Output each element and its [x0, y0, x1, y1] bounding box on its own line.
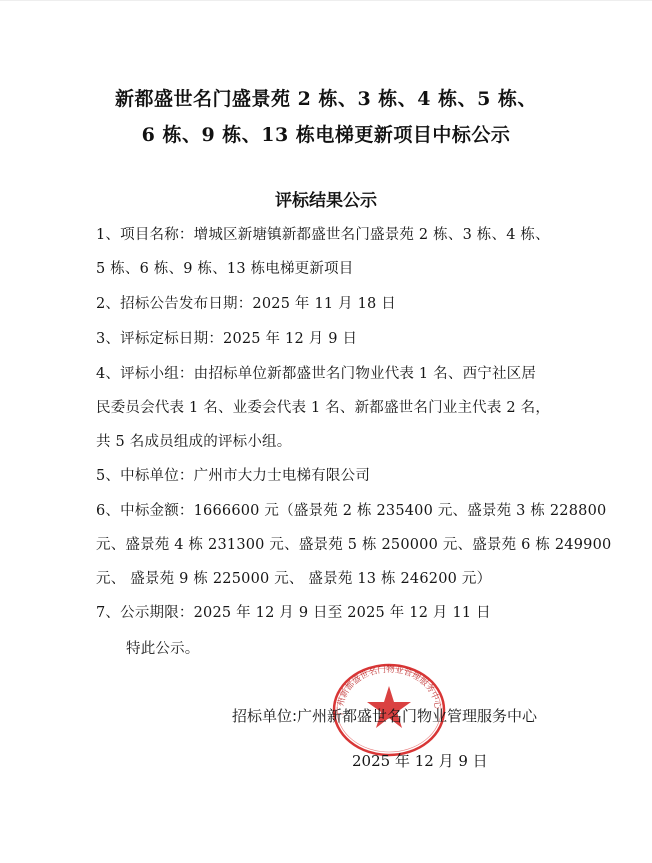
section-heading: 评标结果公示 — [0, 186, 652, 211]
item-5-line: 5、中标单位：广州市大力士电梯有限公司 — [96, 464, 370, 485]
item-4-line-2: 民委员会代表 1 名、业委会代表 1 名、新都盛世名门业主代表 2 名， — [96, 396, 550, 417]
item-4-line-1: 4、评标小组：由招标单位新都盛世名门物业代表 1 名、西宁社区居 — [96, 362, 536, 383]
document-title-line-2: 6 栋、9 栋、13 栋电梯更新项目中标公示 — [0, 120, 652, 147]
closing-text: 特此公示。 — [126, 637, 200, 658]
item-3-line: 3、评标定标日期：2025 年 12 月 9 日 — [96, 327, 357, 348]
item-4-line-3: 共 5 名成员组成的评标小组。 — [96, 430, 291, 451]
item-2-line: 2、招标公告发布日期：2025 年 11 月 18 日 — [96, 292, 396, 313]
page-edge — [0, 0, 652, 1]
item-6-line-1: 6、中标金额：1666600 元（盛景苑 2 栋 235400 元、盛景苑 3 … — [96, 499, 606, 520]
item-6-line-2: 元、盛景苑 4 栋 231300 元、盛景苑 5 栋 250000 元、盛景苑 … — [96, 533, 611, 554]
item-7-line: 7、公示期限：2025 年 12 月 9 日至 2025 年 12 月 11 日 — [96, 601, 491, 622]
item-1-line-2: 5 栋、6 栋、9 栋、13 栋电梯更新项目 — [96, 257, 353, 278]
item-6-line-3: 元、 盛景苑 9 栋 225000 元、 盛景苑 13 栋 246200 元） — [96, 567, 491, 588]
tenderer-signature: 招标单位:广州新都盛世名门物业管理服务中心 — [232, 705, 537, 726]
signature-date: 2025 年 12 月 9 日 — [352, 750, 488, 771]
item-1-line-1: 1、项目名称：增城区新塘镇新都盛世名门盛景苑 2 栋、3 栋、4 栋、 — [96, 223, 550, 244]
document-title-line-1: 新都盛世名门盛景苑 2 栋、3 栋、4 栋、5 栋、 — [0, 84, 652, 111]
